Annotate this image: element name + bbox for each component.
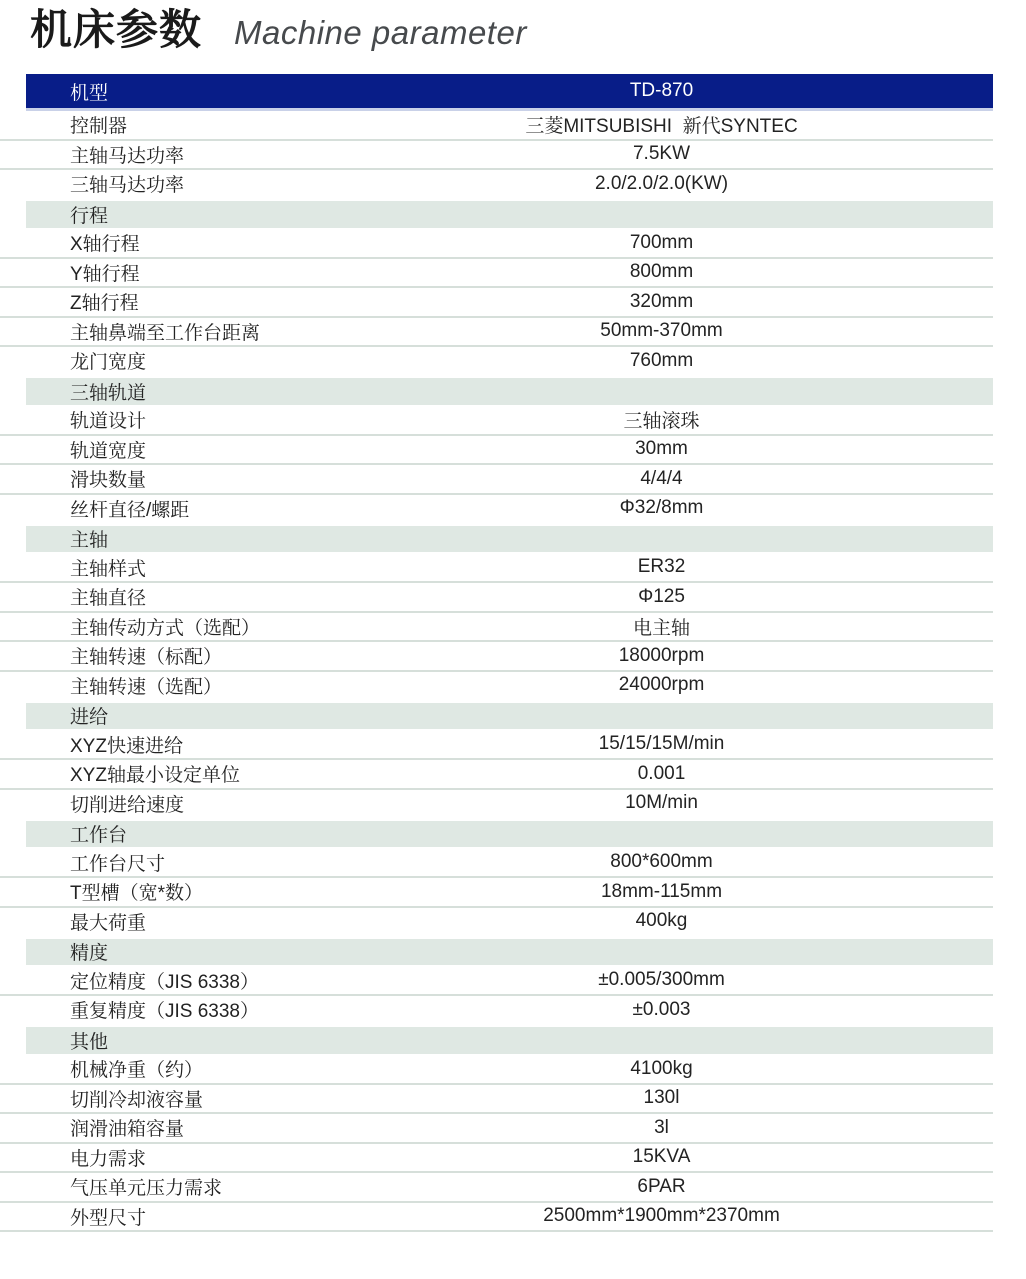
row-value: 7.5KW xyxy=(330,143,993,165)
row-label: 轨道设计 xyxy=(0,406,330,433)
row-label: XYZ快速进给 xyxy=(0,731,330,758)
section-row: 主轴 xyxy=(0,524,993,554)
page-subtitle: Machine parameter xyxy=(234,14,527,52)
table-row: 轨道设计三轴滚珠 xyxy=(0,406,993,436)
table-row: 最大荷重400kg xyxy=(0,908,993,938)
row-value: 2500mm*1900mm*2370mm xyxy=(330,1205,993,1227)
table-row: 定位精度（JIS 6338）±0.005/300mm xyxy=(0,967,993,997)
section-label: 行程 xyxy=(26,201,108,228)
row-value: 4100kg xyxy=(330,1058,993,1080)
row-label: 主轴转速（选配） xyxy=(0,672,330,699)
table-row: 切削冷却液容量130l xyxy=(0,1085,993,1115)
page-title: 机床参数 xyxy=(30,6,202,54)
row-label: 主轴鼻端至工作台距离 xyxy=(0,318,330,345)
section-label: 其他 xyxy=(26,1027,108,1054)
row-value: 400kg xyxy=(330,910,993,932)
row-label: 主轴样式 xyxy=(0,554,330,581)
table-row: 主轴传动方式（选配）电主轴 xyxy=(0,613,993,643)
row-value: ER32 xyxy=(330,556,993,578)
section-row: 进给 xyxy=(0,701,993,731)
row-label: 控制器 xyxy=(0,111,330,138)
row-value: 4/4/4 xyxy=(330,468,993,490)
table-row: XYZ快速进给15/15/15M/min xyxy=(0,731,993,761)
row-value: 电主轴 xyxy=(330,613,993,640)
table-row: 滑块数量4/4/4 xyxy=(0,465,993,495)
table-row: T型槽（宽*数）18mm-115mm xyxy=(0,878,993,908)
table-row: X轴行程700mm xyxy=(0,229,993,259)
row-label: X轴行程 xyxy=(0,229,330,256)
row-value: Φ32/8mm xyxy=(330,497,993,519)
table-row: 丝杆直径/螺距Φ32/8mm xyxy=(0,495,993,525)
row-value: 6PAR xyxy=(330,1176,993,1198)
section-row: 工作台 xyxy=(0,819,993,849)
table-row: 三轴马达功率2.0/2.0/2.0(KW) xyxy=(0,170,993,200)
table-row: 切削进给速度10M/min xyxy=(0,790,993,820)
row-label: 最大荷重 xyxy=(0,908,330,935)
row-label: 定位精度（JIS 6338） xyxy=(0,967,330,994)
row-label: 主轴转速（标配） xyxy=(0,642,330,669)
row-value: 三菱MITSUBISHI 新代SYNTEC xyxy=(330,111,993,138)
row-value: 18mm-115mm xyxy=(330,881,993,903)
table-row: 主轴马达功率7.5KW xyxy=(0,141,993,171)
row-value: 10M/min xyxy=(330,792,993,814)
row-label: Y轴行程 xyxy=(0,259,330,286)
table-row: 轨道宽度30mm xyxy=(0,436,993,466)
row-value: 15/15/15M/min xyxy=(330,733,993,755)
row-label: 龙门宽度 xyxy=(0,347,330,374)
row-value: Φ125 xyxy=(330,586,993,608)
row-value: 800*600mm xyxy=(330,851,993,873)
row-value: 320mm xyxy=(330,291,993,313)
table-row: XYZ轴最小设定单位0.001 xyxy=(0,760,993,790)
section-label: 进给 xyxy=(26,702,108,729)
row-value: 760mm xyxy=(330,350,993,372)
row-value: 2.0/2.0/2.0(KW) xyxy=(330,173,993,195)
row-label: 切削进给速度 xyxy=(0,790,330,817)
section-row: 精度 xyxy=(0,937,993,967)
row-value: 三轴滚珠 xyxy=(330,406,993,433)
row-value: ±0.003 xyxy=(330,999,993,1021)
row-value: ±0.005/300mm xyxy=(330,969,993,991)
section-label: 工作台 xyxy=(26,820,127,847)
table-row: 主轴转速（选配）24000rpm xyxy=(0,672,993,702)
table-row: 主轴样式ER32 xyxy=(0,554,993,584)
row-label: 工作台尺寸 xyxy=(0,849,330,876)
table-row: 龙门宽度760mm xyxy=(0,347,993,377)
row-label: 气压单元压力需求 xyxy=(0,1173,330,1200)
row-value: 700mm xyxy=(330,232,993,254)
section-bar: 工作台 xyxy=(26,821,993,848)
table-row: Y轴行程800mm xyxy=(0,259,993,289)
row-label: 机械净重（约） xyxy=(0,1055,330,1082)
table-header-row: 机型 TD-870 xyxy=(26,74,993,111)
table-row: 外型尺寸2500mm*1900mm*2370mm xyxy=(0,1203,993,1233)
row-label: XYZ轴最小设定单位 xyxy=(0,760,330,787)
table-row: Z轴行程320mm xyxy=(0,288,993,318)
table-header-label: 机型 xyxy=(26,78,330,105)
row-label: 三轴马达功率 xyxy=(0,170,330,197)
section-label: 三轴轨道 xyxy=(26,378,146,405)
table-row: 主轴直径Φ125 xyxy=(0,583,993,613)
row-label: 润滑油箱容量 xyxy=(0,1114,330,1141)
row-label: T型槽（宽*数） xyxy=(0,878,330,905)
table-row: 主轴转速（标配）18000rpm xyxy=(0,642,993,672)
section-bar: 三轴轨道 xyxy=(26,378,993,405)
table-row: 重复精度（JIS 6338）±0.003 xyxy=(0,996,993,1026)
spec-table: 机型 TD-870 控制器三菱MITSUBISHI 新代SYNTEC主轴马达功率… xyxy=(0,74,993,1232)
row-label: 电力需求 xyxy=(0,1144,330,1171)
table-row: 气压单元压力需求6PAR xyxy=(0,1173,993,1203)
row-value: 50mm-370mm xyxy=(330,320,993,342)
table-body: 控制器三菱MITSUBISHI 新代SYNTEC主轴马达功率7.5KW三轴马达功… xyxy=(0,111,993,1232)
row-label: Z轴行程 xyxy=(0,288,330,315)
row-label: 外型尺寸 xyxy=(0,1203,330,1230)
section-row: 三轴轨道 xyxy=(0,377,993,407)
row-value: 0.001 xyxy=(330,763,993,785)
row-label: 主轴传动方式（选配） xyxy=(0,613,330,640)
row-label: 重复精度（JIS 6338） xyxy=(0,996,330,1023)
page-header: 机床参数 Machine parameter xyxy=(0,0,1026,64)
row-label: 切削冷却液容量 xyxy=(0,1085,330,1112)
table-row: 工作台尺寸800*600mm xyxy=(0,849,993,879)
row-value: 24000rpm xyxy=(330,674,993,696)
table-row: 控制器三菱MITSUBISHI 新代SYNTEC xyxy=(0,111,993,141)
section-row: 其他 xyxy=(0,1026,993,1056)
table-header-value: TD-870 xyxy=(330,80,993,102)
section-bar: 进给 xyxy=(26,703,993,730)
section-label: 主轴 xyxy=(26,525,108,552)
section-bar: 精度 xyxy=(26,939,993,966)
section-row: 行程 xyxy=(0,200,993,230)
row-value: 15KVA xyxy=(330,1146,993,1168)
table-row: 电力需求15KVA xyxy=(0,1144,993,1174)
section-bar: 行程 xyxy=(26,201,993,228)
section-bar: 主轴 xyxy=(26,526,993,553)
row-value: 800mm xyxy=(330,261,993,283)
row-label: 主轴直径 xyxy=(0,583,330,610)
page: 机床参数 Machine parameter 机型 TD-870 控制器三菱MI… xyxy=(0,0,1026,1279)
row-label: 丝杆直径/螺距 xyxy=(0,495,330,522)
row-label: 轨道宽度 xyxy=(0,436,330,463)
row-label: 主轴马达功率 xyxy=(0,141,330,168)
row-value: 130l xyxy=(330,1087,993,1109)
table-row: 主轴鼻端至工作台距离50mm-370mm xyxy=(0,318,993,348)
row-value: 3l xyxy=(330,1117,993,1139)
section-bar: 其他 xyxy=(26,1027,993,1054)
row-value: 30mm xyxy=(330,438,993,460)
row-value: 18000rpm xyxy=(330,645,993,667)
table-row: 机械净重（约）4100kg xyxy=(0,1055,993,1085)
row-label: 滑块数量 xyxy=(0,465,330,492)
table-row: 润滑油箱容量3l xyxy=(0,1114,993,1144)
section-label: 精度 xyxy=(26,938,108,965)
